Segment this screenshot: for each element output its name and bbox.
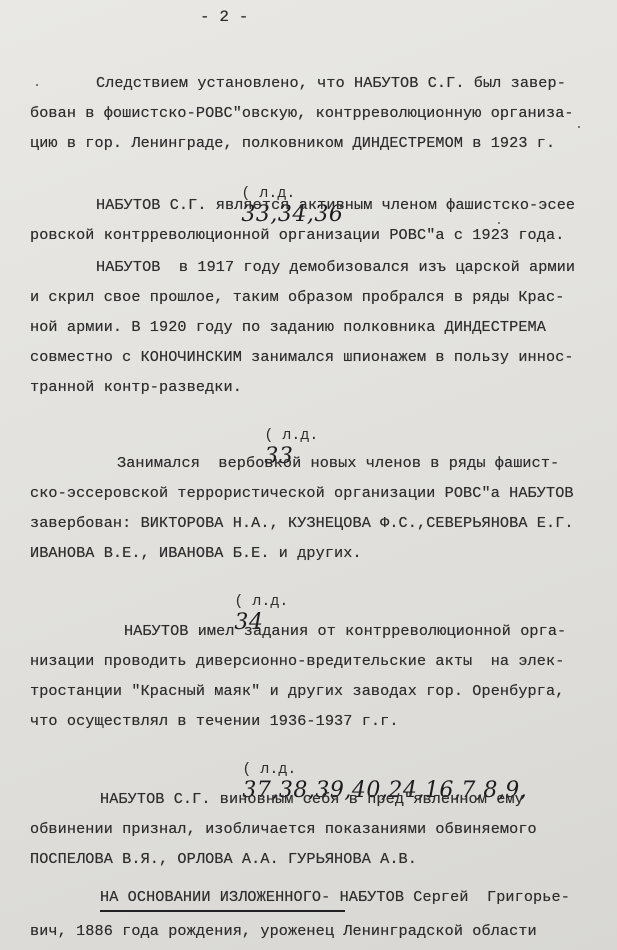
paper-speck <box>578 126 580 128</box>
text-line: и скрил свое прошлое, таким образом проб… <box>30 288 564 306</box>
text-line: цию в гор. Ленинграде, полковником ДИНДЕ… <box>30 134 555 152</box>
text-line: бован в фошистско-РОВС"овскую, контррево… <box>30 104 574 122</box>
text-line: низации проводить диверсионно-вредительс… <box>30 652 564 670</box>
text-line: совместно с КОНОЧИНСКИМ занимался шпиона… <box>30 348 574 366</box>
case-file-reference: ( л.д. 34 <box>196 574 288 653</box>
text-line: тростанции "Красный маяк" и других завод… <box>30 682 564 700</box>
text-line: ровской контрреволюционной организации Р… <box>30 226 564 244</box>
text-line: вич, 1886 года рождения, уроженец Ленинг… <box>30 922 537 940</box>
text-line: НАБУТОВ в 1917 году демобизовался изъ ца… <box>96 258 575 276</box>
text-line: НАБУТОВ имел задания от контрреволюционн… <box>124 622 566 640</box>
text-line: Занимался вербовкой новых членов в ряды … <box>117 454 559 472</box>
text-line: НАБУТОВ С.Г. виновным себя в пред"явленн… <box>100 790 524 808</box>
text-line: НА ОСНОВАНИИ ИЗЛОЖЕННОГО- НАБУТОВ Сергей… <box>100 888 570 906</box>
text-line: что осуществлял в течении 1936-1937 г.г. <box>30 712 399 730</box>
text-line: Следствием установлено, что НАБУТОВ С.Г.… <box>96 74 566 92</box>
case-file-reference: ( л.д. 33 <box>226 408 318 487</box>
text-line: ной армии. В 1920 году по заданию полков… <box>30 318 546 336</box>
text-line: транной контр-разведки. <box>30 378 242 396</box>
page-number: - 2 - <box>200 8 249 26</box>
paper-speck <box>498 222 500 224</box>
text-line: ско-эссеровской террористической организ… <box>30 484 574 502</box>
reference-prefix: ( л.д. <box>234 593 288 610</box>
paper-speck <box>36 84 38 86</box>
text-line: ИВАНОВА В.Е., ИВАНОВА Б.Е. и других. <box>30 544 362 562</box>
text-line: завербован: ВИКТОРОВА Н.А., КУЗНЕЦОВА Ф.… <box>30 514 574 532</box>
document-page: - 2 - Следствием установлено, что НАБУТО… <box>0 0 617 950</box>
reference-prefix: ( л.д. <box>264 427 318 444</box>
text-line: ПОСПЕЛОВА В.Я., ОРЛОВА А.А. ГУРЬЯНОВА А.… <box>30 850 417 868</box>
case-file-reference: ( л.д. 37,38,39,40,24,16,7,8,9, <box>204 742 527 821</box>
underline-mark <box>100 910 345 912</box>
reference-prefix: ( л.д. <box>242 761 296 778</box>
text-line: обвинении признал, изобличается показани… <box>30 820 537 838</box>
text-line: НАБУТОВ С.Г. является активным членом фа… <box>96 196 575 214</box>
